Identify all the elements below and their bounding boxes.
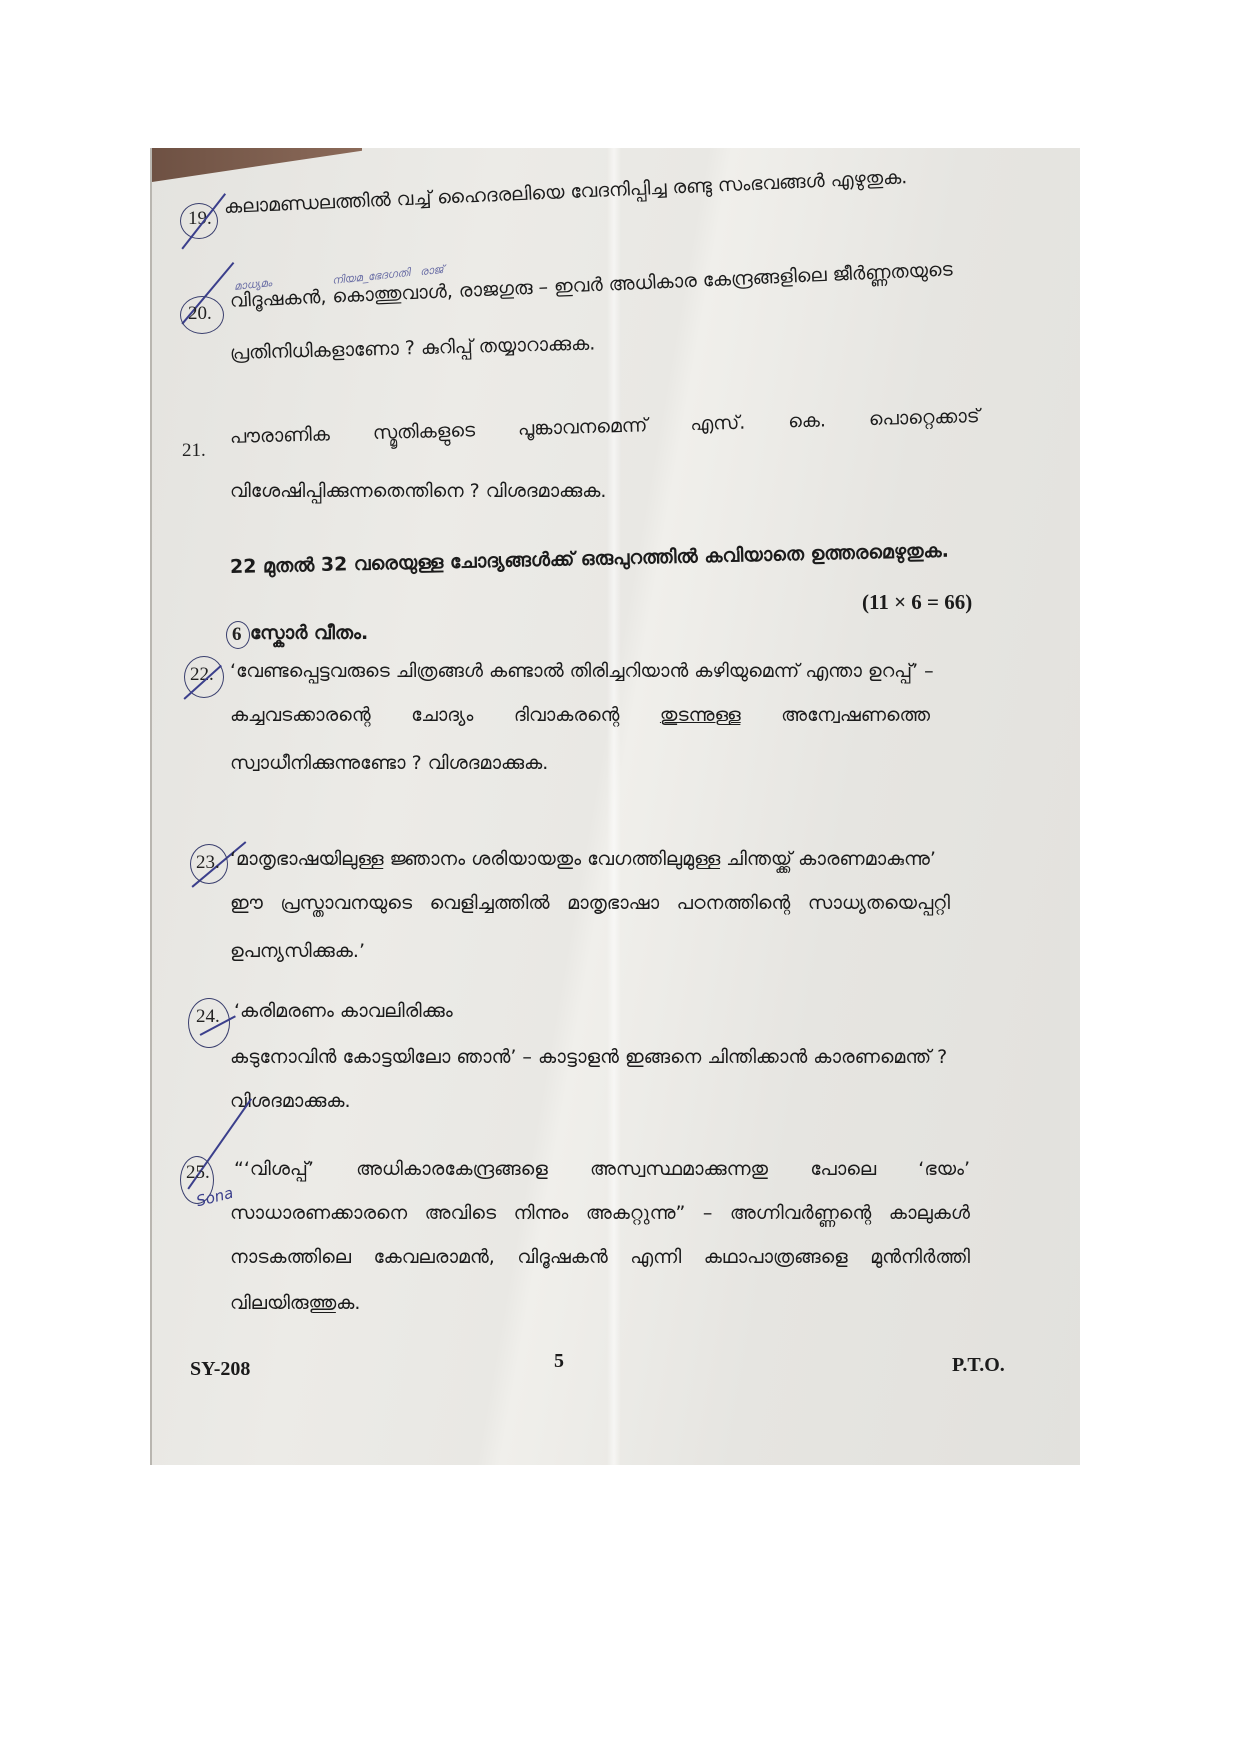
word: ഈ — [230, 892, 263, 914]
word: തുടന്നുള്ള — [660, 704, 741, 726]
question-text: ‘കരിമരണം കാവലിരിക്കും — [234, 1000, 1080, 1022]
word: എസ്. — [690, 412, 746, 436]
score-number: 6 — [232, 624, 242, 646]
word: മുൻനിർത്തി — [870, 1246, 970, 1268]
question-number: 25. — [186, 1162, 210, 1184]
word: അധികാരകേന്ദ്രങ്ങളെ — [356, 1158, 548, 1180]
word: പൊറ്റെക്കാട് — [869, 405, 980, 430]
word: ‘ഭയം’ — [918, 1158, 970, 1180]
word: കേവലരാമൻ, — [374, 1246, 495, 1268]
word: കെ. — [788, 409, 826, 432]
question-text: ‘വേണ്ടപ്പെട്ടവരുടെ ചിത്രങ്ങൾ കണ്ടാൽ തിരി… — [230, 660, 1080, 682]
please-turn-over: P.T.O. — [952, 1354, 1005, 1377]
question-text-justified: കച്ചവടക്കാരന്റെ ചോദ്യം ദിവാകരന്റെ തുടന്ന… — [230, 704, 930, 726]
word: പൗരാണിക — [230, 423, 330, 448]
word: പഠനത്തിന്റെ — [677, 892, 791, 914]
question-text: സ്വാധീനിക്കുന്നുണ്ടോ ? വിശദമാക്കുക. — [230, 752, 1080, 774]
word: നാടകത്തിലെ — [230, 1246, 351, 1268]
question-number: 23. — [196, 852, 220, 874]
paper-code: SY-208 — [190, 1358, 250, 1381]
word: പ്രസ്താവനയുടെ — [280, 892, 412, 914]
section-marks: (11 × 6 = 66) — [862, 590, 972, 615]
word: വെളിച്ചത്തിൽ — [430, 892, 550, 914]
handwritten-note: രാജ് — [419, 263, 444, 279]
question-text: വിലയിരുത്തുക. — [230, 1292, 1080, 1314]
question-text-justified: “‘വിശപ്പ്’ അധികാരകേന്ദ്രങ്ങളെ അസ്വസ്ഥമാക… — [234, 1158, 970, 1180]
word: അവിടെ — [425, 1202, 496, 1224]
word: അസ്വസ്ഥമാക്കുന്നതു — [590, 1158, 768, 1180]
word: വിദൂഷകൻ — [517, 1246, 607, 1268]
page-number: 5 — [554, 1350, 564, 1373]
question-text: പ്രതിനിധികളാണോ ? കുറിപ്പ് തയ്യാറാക്കുക. — [230, 320, 1080, 364]
section-instruction: 22 മുതൽ 32 വരെയുള്ള ചോദ്യങ്ങൾക്ക് ഒരുപുറ… — [230, 537, 1080, 578]
word: “‘വിശപ്പ്’ — [234, 1158, 314, 1180]
word: നിന്നും — [514, 1202, 569, 1224]
table-edge — [152, 148, 362, 182]
question-text-justified: പൗരാണിക സ്മൃതികളുടെ പൂങ്കാവനമെന്ന് എസ്. … — [230, 405, 980, 448]
word: അഗ്നിവർണ്ണന്റെ — [730, 1202, 871, 1224]
question-text: വിശദമാക്കുക. — [230, 1090, 1080, 1112]
word: പൂങ്കാവനമെന്ന് — [518, 414, 648, 440]
question-text-justified: നാടകത്തിലെ കേവലരാമൻ, വിദൂഷകൻ എന്നി കഥാപാ… — [230, 1246, 970, 1268]
word: മാതൃഭാഷാ — [567, 892, 659, 914]
question-number: 21. — [182, 440, 206, 462]
word: സാധ്യതയെപ്പറ്റി — [808, 892, 950, 914]
word: – — [703, 1202, 713, 1224]
exam-page-photo: 19. കലാമണ്ഡലത്തിൽ വച്ച് ഹൈദരലിയെ വേദനിപ്… — [150, 148, 1080, 1465]
word: കഥാപാത്രങ്ങളെ — [704, 1246, 848, 1268]
word: അകറ്റുന്നു” — [586, 1202, 685, 1224]
word: പോലെ — [810, 1158, 876, 1180]
question-text: ഉപന്യസിക്കുക.’ — [230, 940, 1080, 962]
word: സ്മൃതികളുടെ — [372, 419, 475, 444]
word: ദിവാകരന്റെ — [514, 704, 620, 726]
question-text: വിശേഷിപ്പിക്കുന്നതെന്തിനെ ? വിശദമാക്കുക. — [230, 480, 1080, 502]
question-number: 20. — [188, 303, 212, 325]
score-note: സ്കോർ വീതം. — [250, 622, 1080, 644]
word: കാലുകൾ — [889, 1202, 970, 1224]
question-text: ‘മാതൃഭാഷയിലുള്ള ജ്ഞാനം ശരിയായതും വേഗത്തി… — [230, 848, 1080, 870]
question-text: കലാമണ്ഡലത്തിൽ വച്ച് ഹൈദരലിയെ വേദനിപ്പിച്… — [224, 159, 1080, 218]
word: ചോദ്യം — [411, 704, 473, 726]
question-text-justified: സാധാരണക്കാരനെ അവിടെ നിന്നും അകറ്റുന്നു” … — [230, 1202, 970, 1224]
question-text: കടുനോവിൻ കോട്ടയിലോ ഞാൻ’ – കാട്ടാളൻ ഇങ്ങന… — [230, 1046, 1080, 1068]
word: അന്വേഷണത്തെ — [781, 704, 930, 726]
question-text-justified: ഈ പ്രസ്താവനയുടെ വെളിച്ചത്തിൽ മാതൃഭാഷാ പഠ… — [230, 892, 950, 914]
word: എന്നി — [630, 1246, 681, 1268]
word: കച്ചവടക്കാരന്റെ — [230, 704, 371, 726]
word: സാധാരണക്കാരനെ — [230, 1202, 407, 1224]
